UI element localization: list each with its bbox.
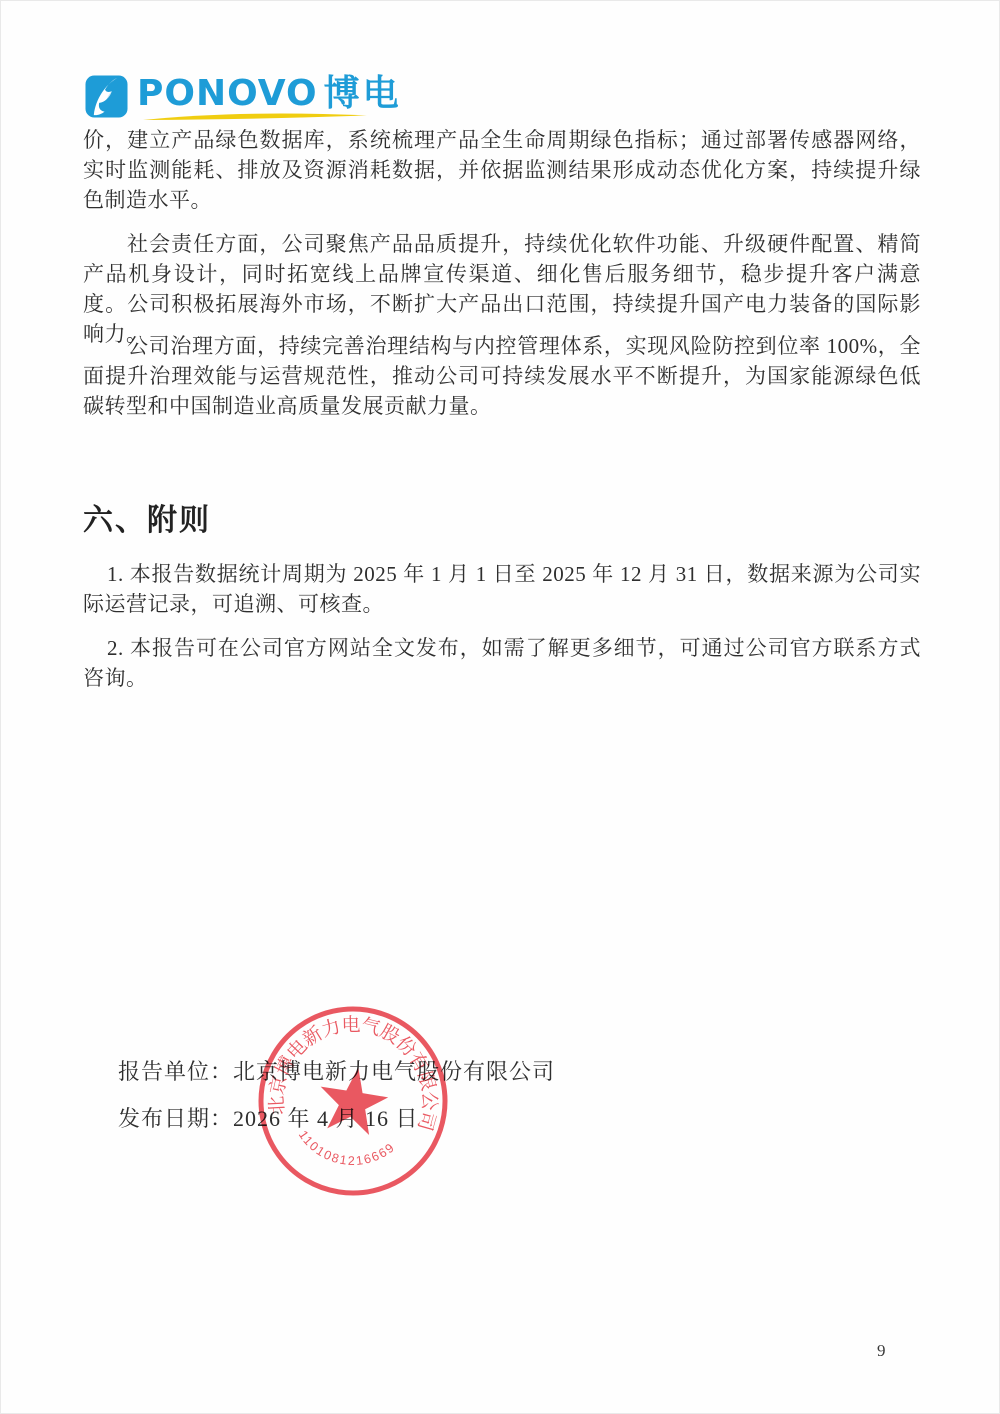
- ponovo-wordmark-en: PONOVO: [137, 73, 318, 114]
- release-date-label: 发布日期：: [118, 1106, 233, 1131]
- appendix-item-2: 2. 本报告可在公司官方网站全文发布，如需了解更多细节，可通过公司官方联系方式咨…: [83, 633, 921, 693]
- ponovo-logo: PONOVO博电: [85, 73, 485, 125]
- seal-registration-number: 1101081216669: [292, 1125, 399, 1175]
- report-unit-label: 报告单位：: [118, 1059, 233, 1084]
- ponovo-wordmark-cn: 博电: [324, 73, 402, 114]
- appendix-item-1: 1. 本报告数据统计周期为 2025 年 1 月 1 日至 2025 年 12 …: [83, 559, 921, 619]
- paragraph-green-manufacturing: 价，建立产品绿色数据库，系统梳理产品全生命周期绿色指标；通过部署传感器网络，实时…: [83, 125, 921, 215]
- logo-underline-swoosh: [141, 112, 369, 122]
- ponovo-logo-icon: [85, 75, 128, 118]
- svg-text:1101081216669: 1101081216669: [292, 1125, 399, 1175]
- company-seal-stamp: 北京博电新力电气股份有限公司 1101081216669: [227, 975, 479, 1227]
- section-heading-appendix: 六、附则: [83, 495, 211, 539]
- ponovo-wordmark: PONOVO博电: [137, 73, 402, 115]
- document-page: PONOVO博电 价，建立产品绿色数据库，系统梳理产品全生命周期绿色指标；通过部…: [0, 0, 1000, 1414]
- paragraph-corporate-governance: 公司治理方面，持续完善治理结构与内控管理体系，实现风险防控到位率 100%，全面…: [83, 331, 921, 421]
- page-number: 9: [877, 1341, 886, 1361]
- seal-star-icon: [314, 1062, 392, 1137]
